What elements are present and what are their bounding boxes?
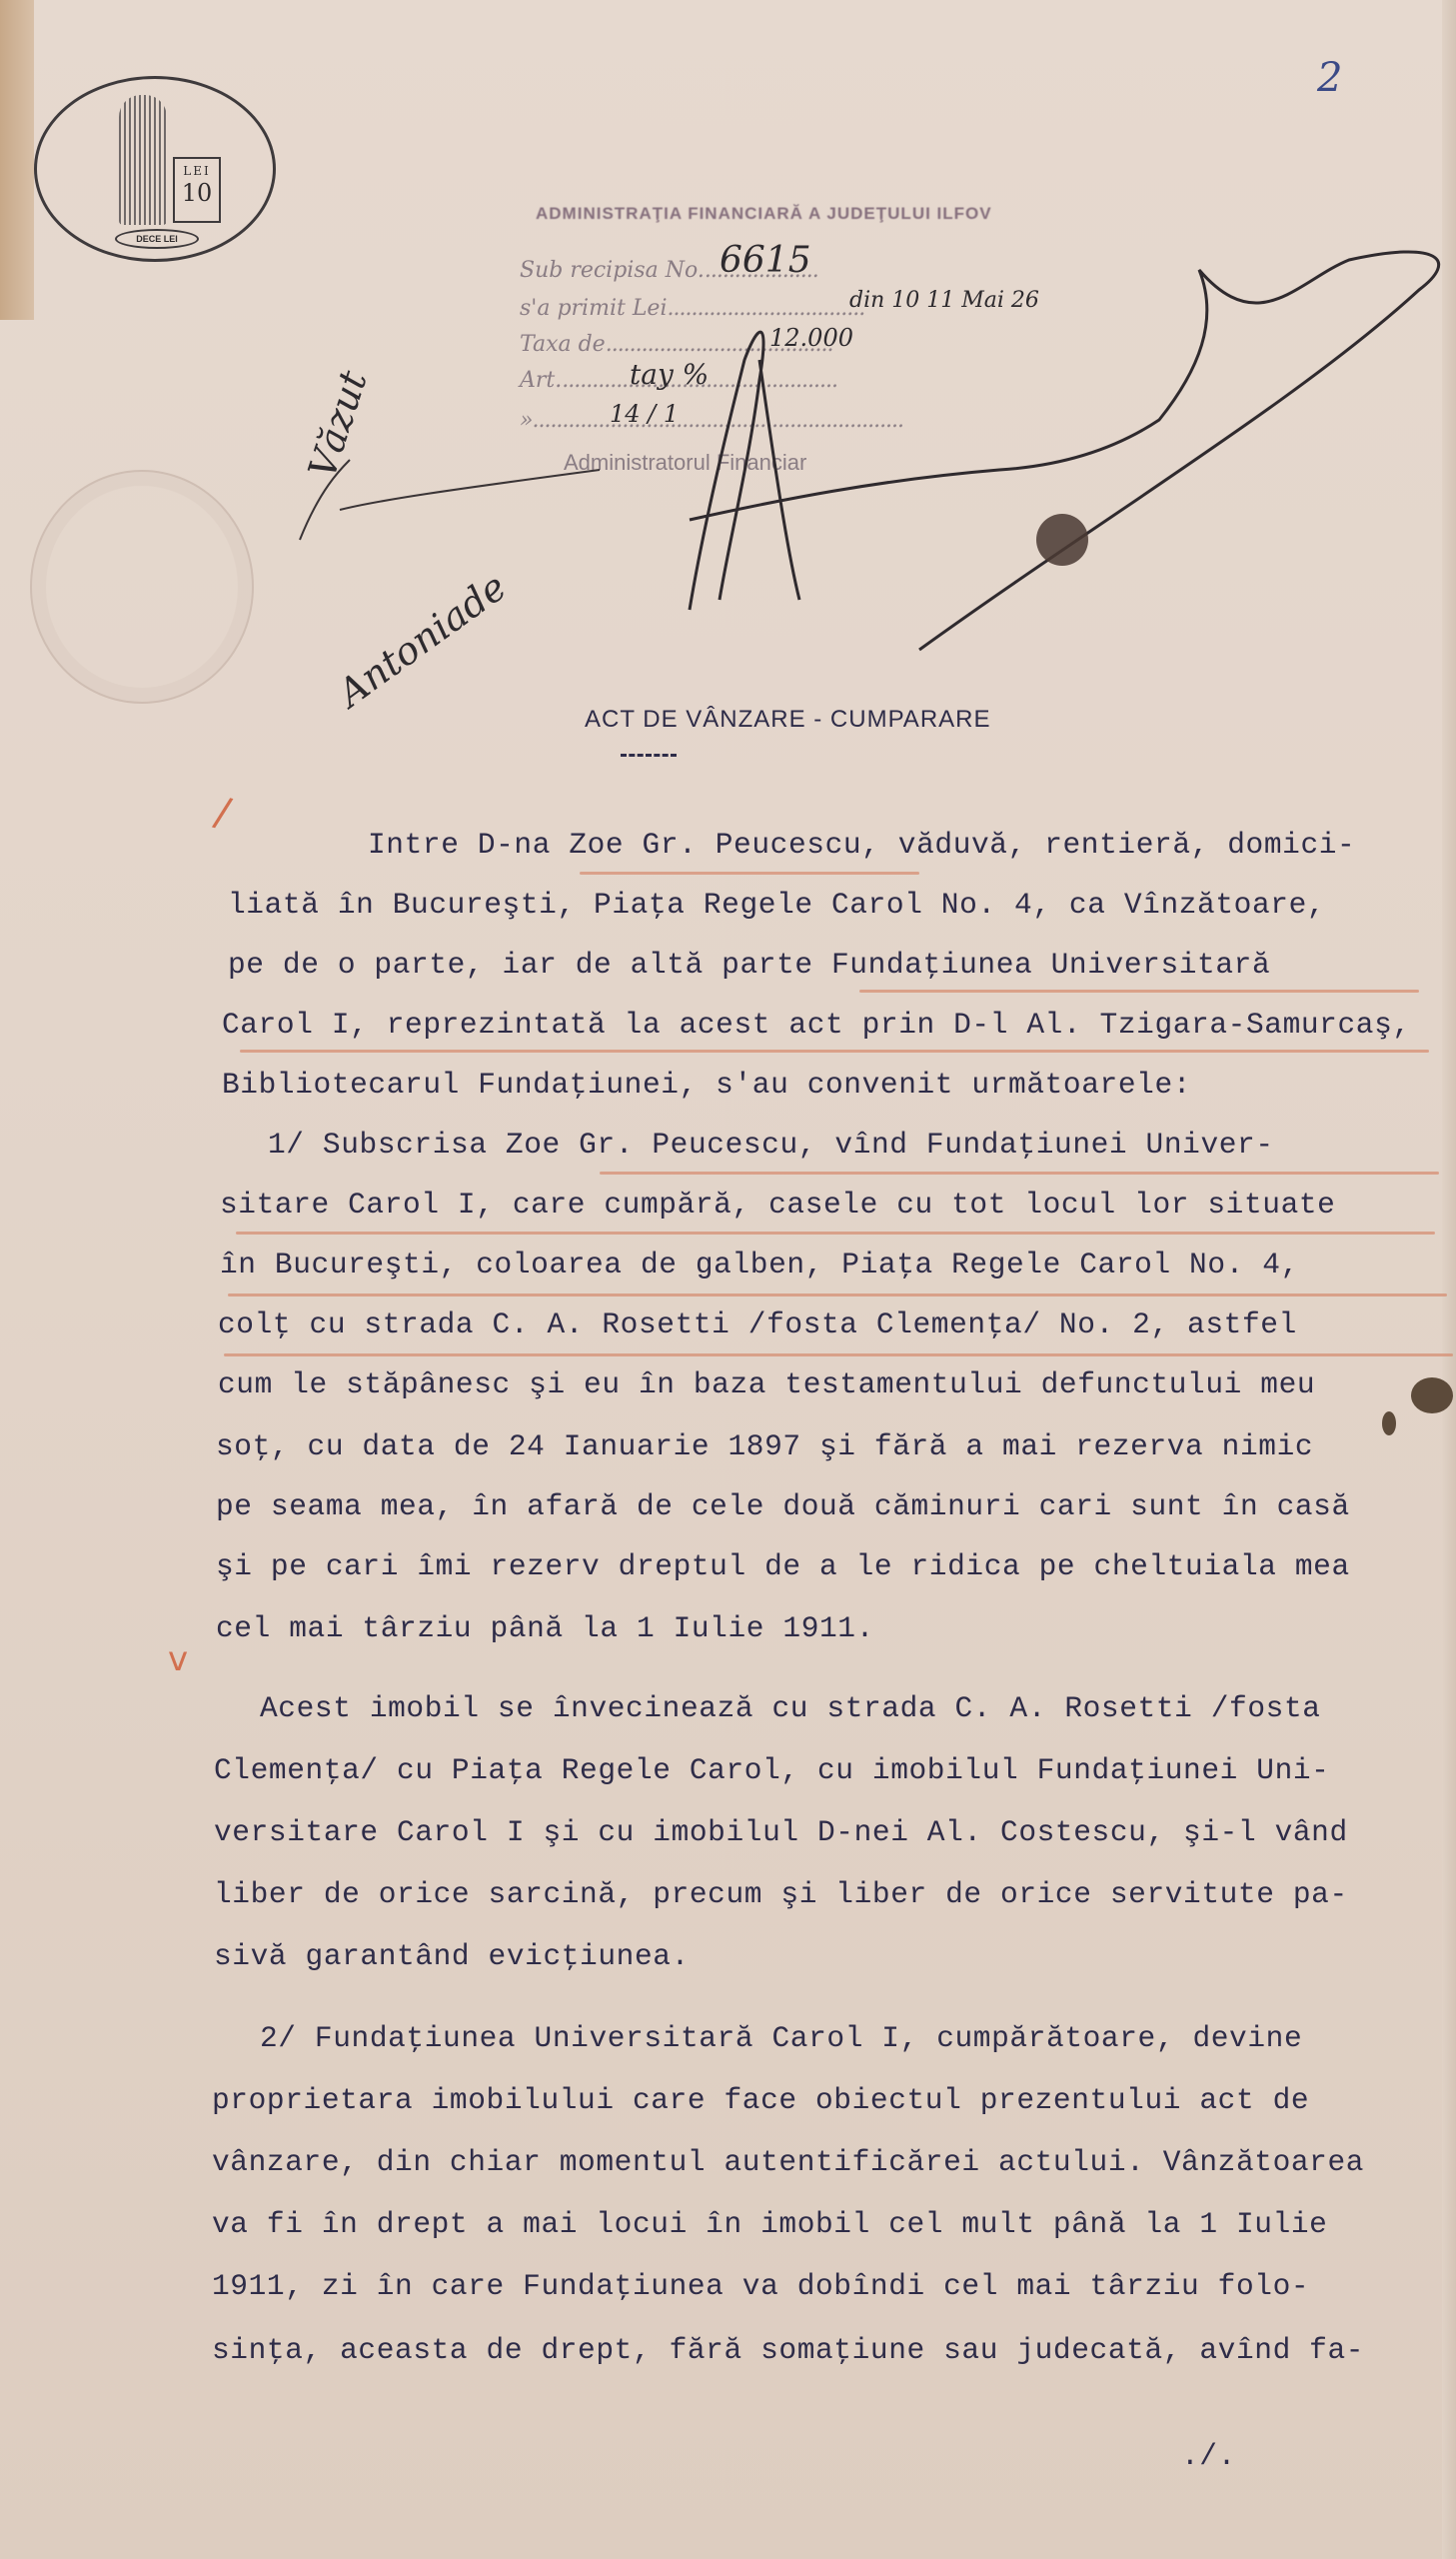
text-line: 1/ Subscrisa Zoe Gr. Peucescu, vînd Fund… xyxy=(268,1128,1274,1162)
text-line: sinţa, aceasta de drept, fără somaţiune … xyxy=(212,2333,1364,2367)
red-underline xyxy=(228,1293,1447,1296)
text-line: Carol I, reprezintată la acest act prin … xyxy=(222,1008,1411,1042)
text-line: Acest imobil se învecinează cu strada C.… xyxy=(260,1691,1321,1725)
document-title: ACT DE VÂNZARE - CUMPARARE xyxy=(585,706,991,734)
red-underline xyxy=(580,872,919,875)
stamp-denomination-box: LEI 10 xyxy=(173,157,221,223)
handwritten-tax: tay % xyxy=(630,358,709,391)
text-line: 2/ Fundaţiunea Universitară Carol I, cum… xyxy=(260,2021,1302,2055)
text-line: liber de orice sarcină, precum şi liber … xyxy=(214,1877,1348,1911)
text-line: 1911, zi în care Fundaţiunea va dobîndi … xyxy=(212,2269,1309,2303)
receipt-footer: Administratorul Financiar xyxy=(564,450,806,476)
red-underline xyxy=(600,1172,1439,1175)
stamp-currency: LEI xyxy=(175,165,219,177)
text-line: pe seama mea, în afară de cele două cămi… xyxy=(216,1489,1350,1523)
text-line: Clemenţa/ cu Piaţa Regele Carol, cu imob… xyxy=(214,1753,1329,1787)
text-line: cum le stăpânesc şi eu în baza testament… xyxy=(218,1367,1315,1401)
text-line: vânzare, din chiar momentul autentificăr… xyxy=(212,2145,1364,2179)
red-underline xyxy=(236,1232,1435,1235)
receipt-line-blank: ».......................................… xyxy=(520,408,903,433)
text-line: pe de o parte, iar de altă parte Fundaţi… xyxy=(228,948,1270,982)
text-line: soţ, cu data de 24 Ianuarie 1897 şi fără… xyxy=(216,1429,1313,1463)
text-line: sivă garantând evicţiunea. xyxy=(214,1939,690,1973)
handwritten-article: 14 / 1 xyxy=(610,400,679,428)
text-line: cel mai târziu până la 1 Iulie 1911. xyxy=(216,1611,874,1645)
stamp-label: DECE LEI xyxy=(115,229,199,249)
text-line: va fi în drept a mai locui în imobil cel… xyxy=(212,2207,1327,2241)
justice-figure-icon xyxy=(119,95,167,225)
handwritten-receipt-number: 6615 xyxy=(720,240,811,281)
text-line: versitare Carol I şi cu imobilul D-nei A… xyxy=(214,1815,1348,1849)
text-line: sitare Carol I, care cumpără, casele cu … xyxy=(220,1188,1335,1222)
title-rule xyxy=(621,754,677,757)
text-line: Bibliotecarul Fundaţiunei, s'au convenit… xyxy=(222,1068,1191,1102)
paper-stain xyxy=(1382,1411,1396,1435)
tax-stamp: LEI 10 DECE LEI xyxy=(34,76,276,262)
handwritten-signature-name: Antoniade xyxy=(330,565,515,716)
handwritten-amount: 12.000 xyxy=(769,324,853,352)
text-line: proprietara imobilului care face obiectu… xyxy=(212,2083,1309,2117)
red-check-mark: v xyxy=(168,1639,188,1679)
paper-stain xyxy=(1411,1377,1453,1413)
text-line: în Bucureşti, coloarea de galben, Piaţa … xyxy=(220,1248,1299,1281)
red-margin-mark: / xyxy=(210,789,235,837)
paper-edge xyxy=(1442,0,1456,2559)
red-underline xyxy=(859,990,1419,993)
text-line: liată în Bucureşti, Piaţa Regele Carol N… xyxy=(228,888,1325,922)
receipt-line-amount: s'a primit Lei..........................… xyxy=(520,296,864,321)
handwritten-seen-note: Văzut xyxy=(300,366,376,484)
embossed-seal xyxy=(30,470,254,704)
text-line: şi pe cari îmi rezerv dreptul de a le ri… xyxy=(216,1549,1350,1583)
receipt-header: ADMINISTRAŢIA FINANCIARĂ A JUDEŢULUI ILF… xyxy=(536,204,992,224)
receipt-stamp: ADMINISTRAŢIA FINANCIARĂ A JUDEŢULUI ILF… xyxy=(520,200,1159,500)
handwritten-receipt-date: din 10 11 Mai 26 xyxy=(849,288,1039,313)
paper-edge-stain xyxy=(0,0,34,320)
red-underline xyxy=(224,1353,1453,1356)
text-line: Intre D-na Zoe Gr. Peucescu, văduvă, ren… xyxy=(368,828,1355,862)
continuation-mark: ./. xyxy=(1181,2439,1236,2473)
red-underline xyxy=(240,1050,1429,1053)
document-page: 2 LEI 10 DECE LEI ADMINISTRAŢIA FINANCIA… xyxy=(0,0,1456,2559)
stamp-value: 10 xyxy=(175,181,219,205)
text-line: colţ cu strada C. A. Rosetti /fosta Clem… xyxy=(218,1307,1297,1341)
page-number: 2 xyxy=(1317,55,1342,101)
